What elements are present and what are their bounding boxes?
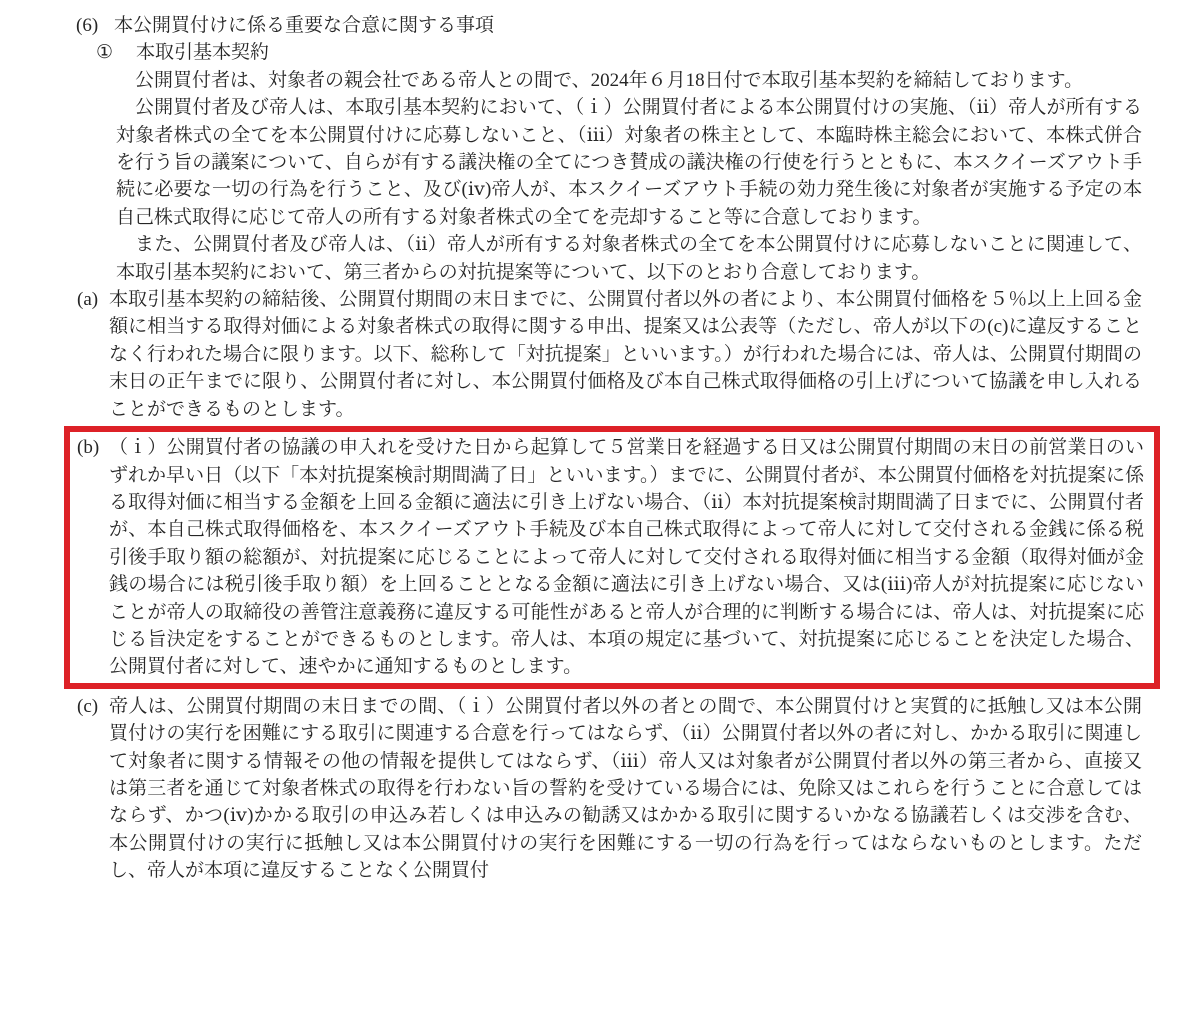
- highlight-box: (b) （ｉ）公開買付者の協議の申入れを受けた日から起算して５営業日を経過する日…: [64, 426, 1160, 689]
- list-item-a-text: 本取引基本契約の締結後、公開買付期間の末日までに、公開買付者以外の者により、本公…: [109, 289, 1142, 420]
- section-title: 本公開買付けに係る重要な合意に関する事項: [114, 12, 494, 39]
- paragraph: 公開買付者及び帝人は、本取引基本契約において、（ｉ）公開買付者による本公開買付け…: [116, 94, 1142, 231]
- list-item-c-label: (c): [77, 693, 98, 720]
- list-item-b-label: (b): [77, 434, 99, 461]
- list-item-c-text: 帝人は、公開買付期間の末日までの間、（ｉ）公開買付者以外の者との間で、本公開買付…: [109, 696, 1142, 881]
- section-heading: (6) 本公開買付けに係る重要な合意に関する事項: [76, 12, 1142, 39]
- subsection-title: 本取引基本契約: [136, 39, 269, 66]
- paragraph: また、公開買付者及び帝人は、（ⅱ）帝人が所有する対象者株式の全てを本公開買付けに…: [116, 231, 1142, 286]
- document-page: (6) 本公開買付けに係る重要な合意に関する事項 ① 本取引基本契約 公開買付者…: [0, 0, 1200, 885]
- section-number: (6): [76, 12, 114, 39]
- subsection-number: ①: [96, 39, 136, 66]
- paragraph: 公開買付者は、対象者の親会社である帝人との間で、2024年６月18日付で本取引基…: [116, 67, 1142, 94]
- list-item-a-label: (a): [77, 286, 98, 313]
- subsection-heading: ① 本取引基本契約: [96, 39, 1142, 66]
- list-item-a: (a) 本取引基本契約の締結後、公開買付期間の末日までに、公開買付者以外の者によ…: [76, 286, 1142, 423]
- list-item-c: (c) 帝人は、公開買付期間の末日までの間、（ｉ）公開買付者以外の者との間で、本…: [76, 693, 1142, 885]
- list-item-b-text: （ｉ）公開買付者の協議の申入れを受けた日から起算して５営業日を経過する日又は公開…: [109, 437, 1144, 677]
- list-item-b: (b) （ｉ）公開買付者の協議の申入れを受けた日から起算して５営業日を経過する日…: [76, 434, 1144, 681]
